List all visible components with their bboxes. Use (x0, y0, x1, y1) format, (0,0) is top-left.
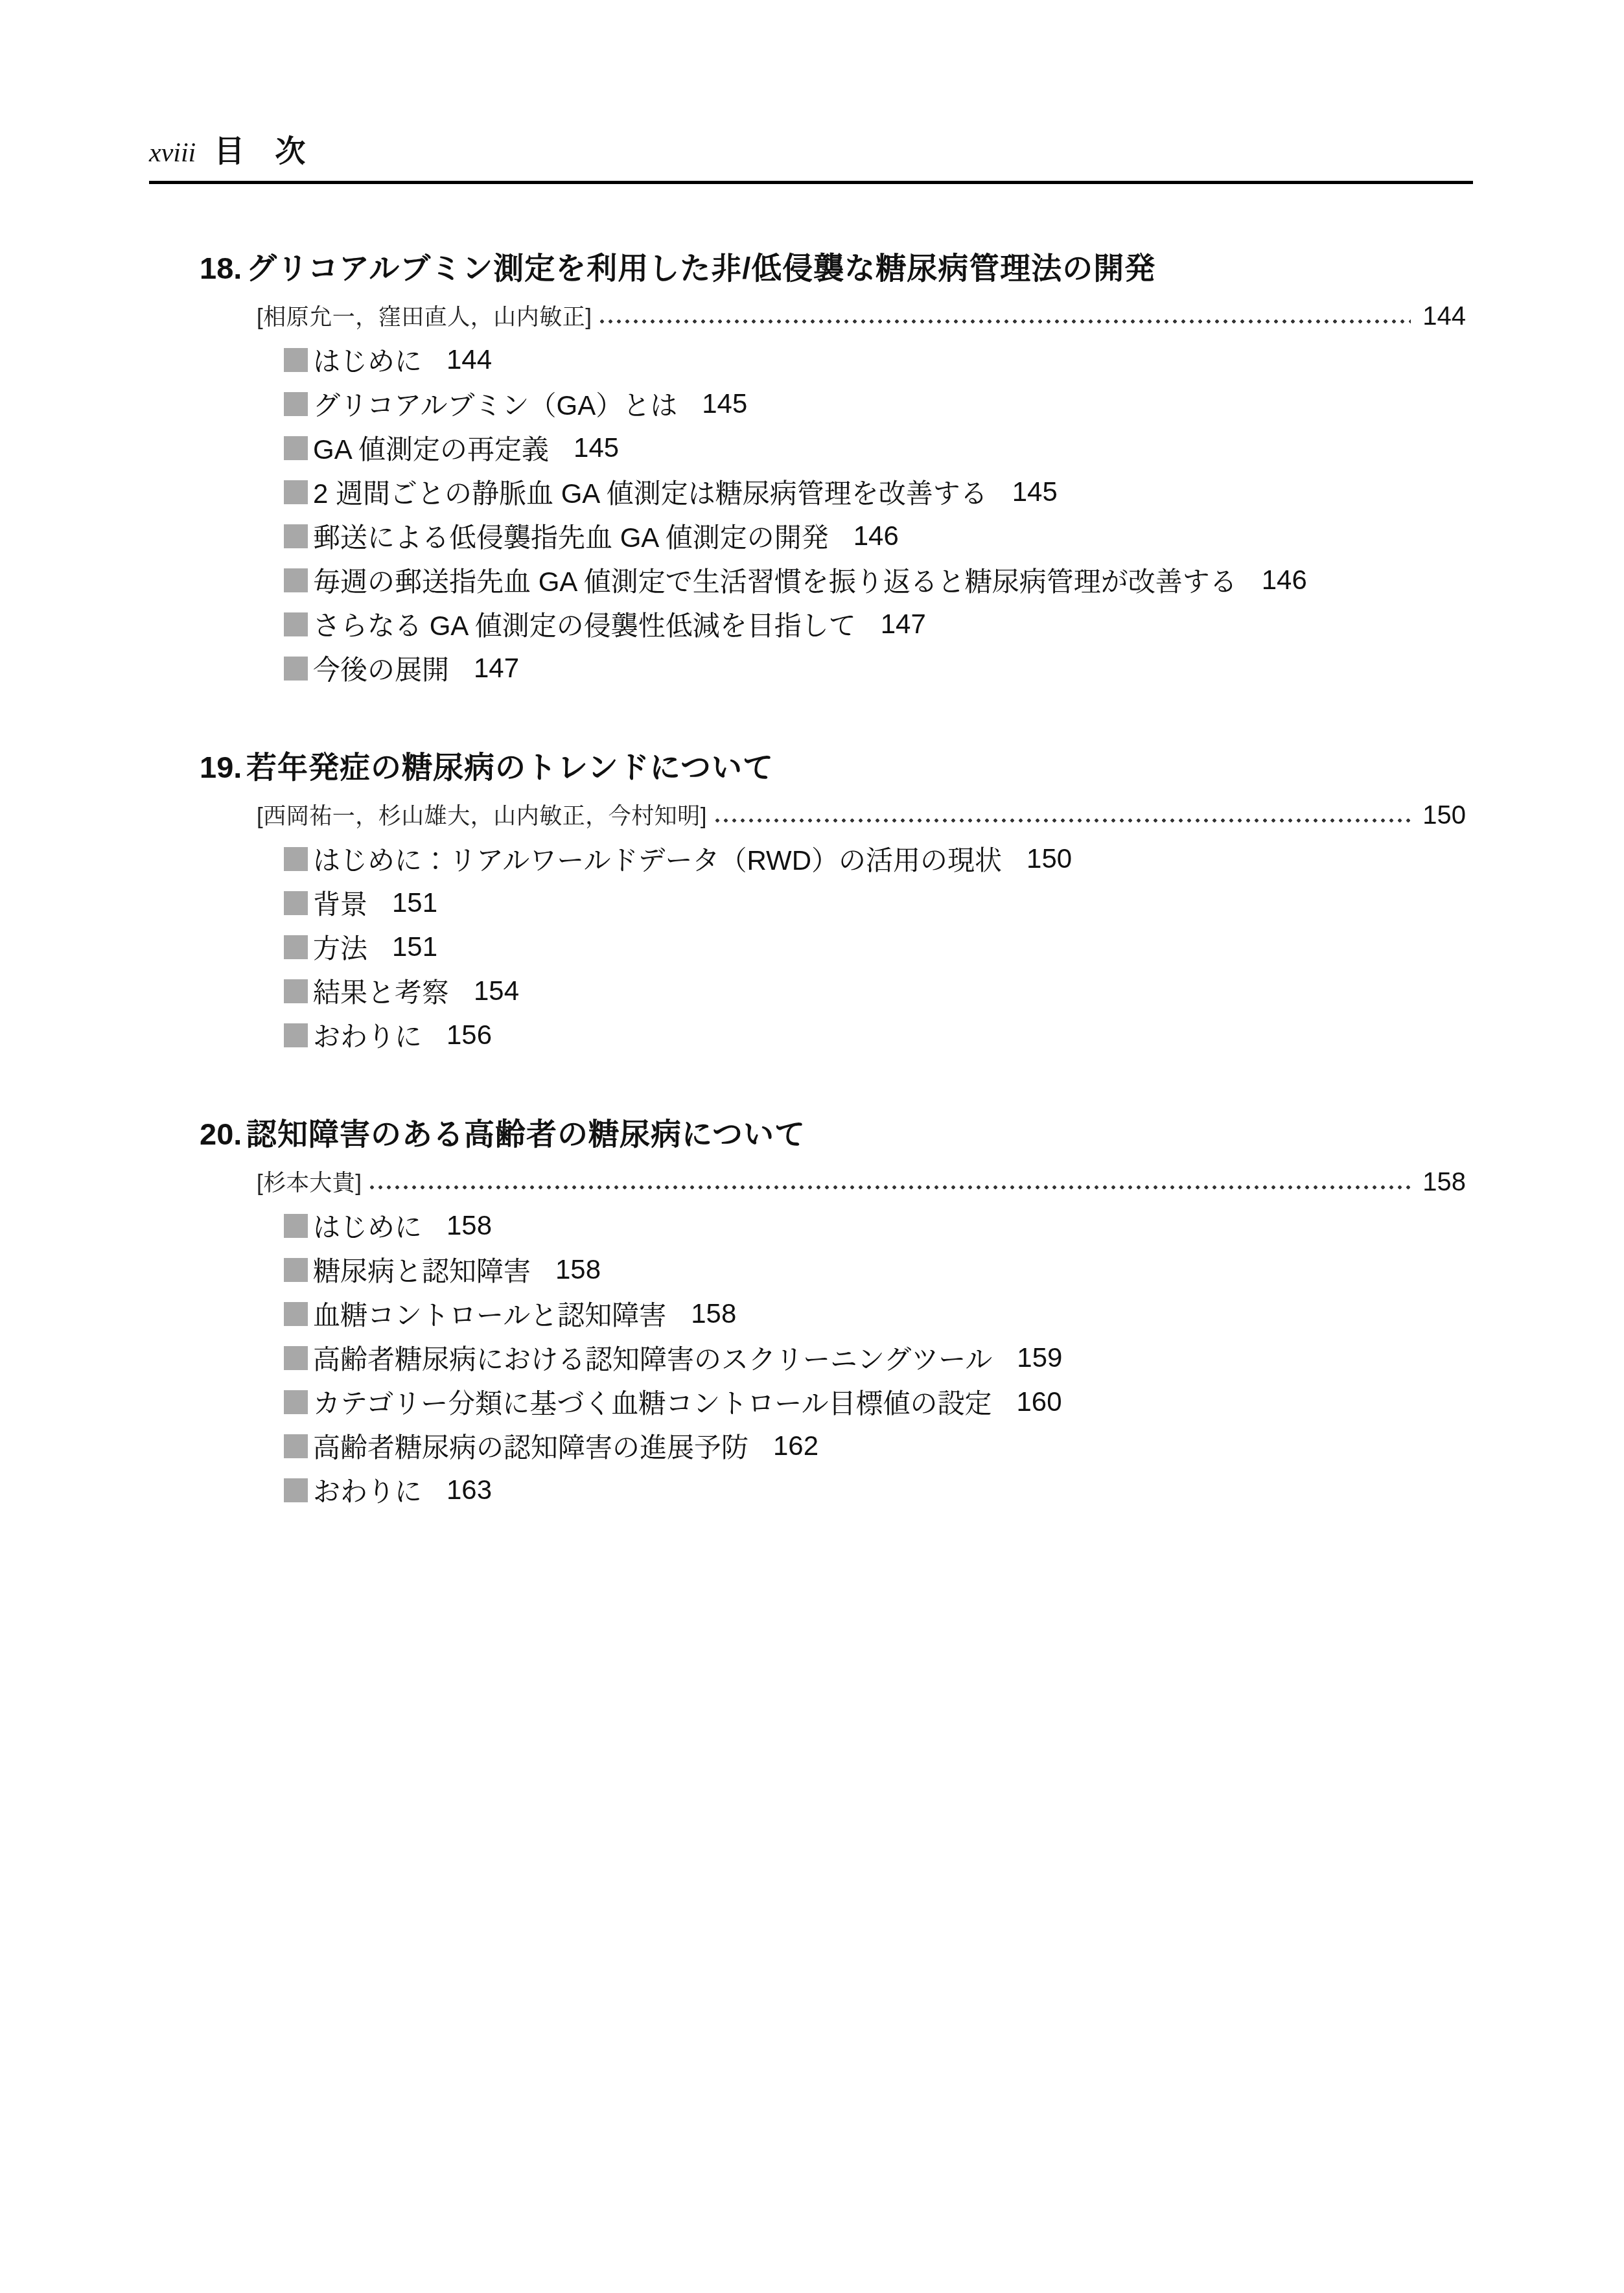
toc-item-label: グリコアルブミン（GA）とは (313, 384, 677, 423)
toc-item-label: おわりに (313, 1471, 422, 1509)
toc-item-label: 結果と考察 (313, 972, 449, 1010)
toc-item: 今後の展開 147 (284, 653, 1466, 683)
toc-item-label: はじめに：リアルワールドデータ（RWD）の活用の現状 (313, 839, 1002, 878)
toc-item: 糖尿病と認知障害 158 (284, 1255, 1466, 1285)
square-bullet-icon (284, 392, 308, 416)
page-header: xviii 目 次 (149, 127, 1624, 170)
square-bullet-icon (284, 1302, 308, 1326)
toc-item: 方法 151 (284, 932, 1466, 962)
square-bullet-icon (284, 935, 308, 959)
toc-item-page: 147 (881, 609, 926, 640)
toc-item: 血糖コントロールと認知障害 158 (284, 1299, 1466, 1329)
toc-item-page: 151 (392, 931, 437, 962)
toc-item: はじめに 144 (284, 345, 1466, 375)
toc-item-page: 145 (574, 432, 619, 463)
folio-page-number: xviii (149, 137, 196, 169)
section-authors: [西岡祐一，杉山雄大，山内敏正，今村知明] (257, 798, 715, 831)
toc-item-label: 郵送による低侵襲指先血 GA 値測定の開発 (313, 517, 829, 555)
toc-item-page: 151 (392, 887, 437, 918)
square-bullet-icon (284, 568, 308, 592)
square-bullet-icon (284, 891, 308, 915)
toc-item-page: 144 (447, 344, 492, 375)
toc-item-label: おわりに (313, 1016, 422, 1054)
section-number: 19. (200, 749, 246, 786)
toc-item: 毎週の郵送指先血 GA 値測定で生活習慣を振り返ると糖尿病管理が改善する 146 (284, 565, 1466, 595)
section-heading: 18. グリコアルブミン測定を利用した非/低侵襲な糖尿病管理法の開発 (200, 250, 1466, 286)
toc-item: カテゴリー分類に基づく血糖コントロール目標値の設定 160 (284, 1387, 1466, 1417)
toc-item-label: 2 週間ごとの静脈血 GA 値測定は糖尿病管理を改善する (313, 472, 988, 511)
square-bullet-icon (284, 979, 308, 1003)
toc-item: おわりに 156 (284, 1020, 1466, 1050)
section-number: 18. (200, 250, 246, 286)
section-title: 認知障害のある高齢者の糖尿病について (246, 1116, 806, 1152)
section-items: はじめに 144 グリコアルブミン（GA）とは 145 GA 値測定の再定義 1… (284, 345, 1466, 683)
square-bullet-icon (284, 1478, 308, 1502)
section-heading: 19. 若年発症の糖尿病のトレンドについて (200, 749, 1466, 786)
toc-item-page: 162 (773, 1430, 818, 1461)
toc-item-page: 158 (447, 1210, 492, 1241)
section-title: グリコアルブミン測定を利用した非/低侵襲な糖尿病管理法の開発 (246, 250, 1155, 286)
toc-item-label: はじめに (313, 1206, 422, 1245)
toc-item-page: 145 (702, 388, 747, 419)
square-bullet-icon (284, 1390, 308, 1414)
toc-item-label: カテゴリー分類に基づく血糖コントロール目標値の設定 (313, 1382, 992, 1421)
toc-item: グリコアルブミン（GA）とは 145 (284, 389, 1466, 419)
page-title: 目 次 (214, 127, 305, 170)
toc-item-page: 156 (447, 1019, 492, 1051)
header-rule (149, 181, 1473, 184)
square-bullet-icon (284, 1346, 308, 1370)
toc-item-label: 方法 (313, 927, 367, 966)
toc-item: 結果と考察 154 (284, 976, 1466, 1006)
section-items: はじめに：リアルワールドデータ（RWD）の活用の現状 150 背景 151 方法… (284, 844, 1466, 1050)
square-bullet-icon (284, 1023, 308, 1047)
section-heading: 20. 認知障害のある高齢者の糖尿病について (200, 1116, 1466, 1152)
toc-item: 郵送による低侵襲指先血 GA 値測定の開発 146 (284, 521, 1466, 551)
toc-item-label: GA 値測定の再定義 (313, 428, 549, 467)
toc-item-page: 163 (447, 1474, 492, 1506)
section-author-row: [杉本大貴] 158 (257, 1165, 1466, 1198)
section-start-page: 158 (1422, 1168, 1466, 1197)
square-bullet-icon (284, 524, 308, 548)
toc-item: おわりに 163 (284, 1475, 1466, 1505)
toc-item: はじめに：リアルワールドデータ（RWD）の活用の現状 150 (284, 844, 1466, 874)
square-bullet-icon (284, 657, 308, 681)
section-authors: [相原允一，窪田直人，山内敏正] (257, 299, 599, 332)
toc-item-label: さらなる GA 値測定の侵襲性低減を目指して (313, 605, 856, 644)
section-number: 20. (200, 1116, 246, 1152)
section-author-row: [相原允一，窪田直人，山内敏正] 144 (257, 299, 1466, 332)
square-bullet-icon (284, 1214, 308, 1238)
section-start-page: 144 (1422, 302, 1466, 331)
toc-item-label: 高齢者糖尿病の認知障害の進展予防 (313, 1426, 748, 1465)
toc-item: はじめに 158 (284, 1211, 1466, 1240)
toc-item-label: 高齢者糖尿病における認知障害のスクリーニングツール (313, 1338, 992, 1377)
square-bullet-icon (284, 1434, 308, 1458)
section-authors: [杉本大貴] (257, 1165, 369, 1198)
toc-item-page: 160 (1016, 1386, 1061, 1417)
toc-item: GA 値測定の再定義 145 (284, 433, 1466, 463)
dot-leader (599, 318, 1411, 325)
toc-item-page: 146 (853, 520, 899, 552)
square-bullet-icon (284, 612, 308, 636)
section-items: はじめに 158 糖尿病と認知障害 158 血糖コントロールと認知障害 158 … (284, 1211, 1466, 1505)
toc-item-label: 今後の展開 (313, 649, 449, 688)
square-bullet-icon (284, 348, 308, 372)
square-bullet-icon (284, 847, 308, 871)
toc-item-page: 147 (474, 653, 519, 684)
section-author-row: [西岡祐一，杉山雄大，山内敏正，今村知明] 150 (257, 798, 1466, 831)
toc-item-label: 糖尿病と認知障害 (313, 1250, 531, 1289)
toc-item-page: 159 (1017, 1342, 1062, 1373)
square-bullet-icon (284, 436, 308, 460)
toc-item: 高齢者糖尿病の認知障害の進展予防 162 (284, 1431, 1466, 1461)
toc-item-page: 154 (474, 975, 519, 1007)
toc-item: 高齢者糖尿病における認知障害のスクリーニングツール 159 (284, 1343, 1466, 1373)
section-start-page: 150 (1422, 801, 1466, 830)
toc-main: 18. グリコアルブミン測定を利用した非/低侵襲な糖尿病管理法の開発 [相原允一… (200, 250, 1466, 1505)
toc-item-page: 158 (691, 1298, 736, 1329)
dot-leader (369, 1184, 1411, 1191)
toc-item-label: 毎週の郵送指先血 GA 値測定で生活習慣を振り返ると糖尿病管理が改善する (313, 561, 1237, 599)
toc-item-page: 145 (1012, 476, 1058, 507)
toc-item-label: はじめに (313, 340, 422, 379)
toc-section: 20. 認知障害のある高齢者の糖尿病について [杉本大貴] 158 はじめに 1… (200, 1116, 1466, 1505)
toc-section: 18. グリコアルブミン測定を利用した非/低侵襲な糖尿病管理法の開発 [相原允一… (200, 250, 1466, 683)
toc-item: 背景 151 (284, 888, 1466, 918)
toc-item-label: 血糖コントロールと認知障害 (313, 1294, 666, 1333)
toc-item-page: 158 (555, 1254, 601, 1285)
square-bullet-icon (284, 1258, 308, 1282)
toc-item-label: 背景 (313, 883, 367, 922)
toc-item: さらなる GA 値測定の侵襲性低減を目指して 147 (284, 609, 1466, 639)
toc-item: 2 週間ごとの静脈血 GA 値測定は糖尿病管理を改善する 145 (284, 477, 1466, 507)
toc-item-page: 146 (1262, 565, 1307, 596)
toc-item-page: 150 (1027, 843, 1072, 874)
toc-section: 19. 若年発症の糖尿病のトレンドについて [西岡祐一，杉山雄大，山内敏正，今村… (200, 749, 1466, 1050)
square-bullet-icon (284, 480, 308, 504)
dot-leader (715, 817, 1411, 824)
section-title: 若年発症の糖尿病のトレンドについて (246, 749, 774, 786)
